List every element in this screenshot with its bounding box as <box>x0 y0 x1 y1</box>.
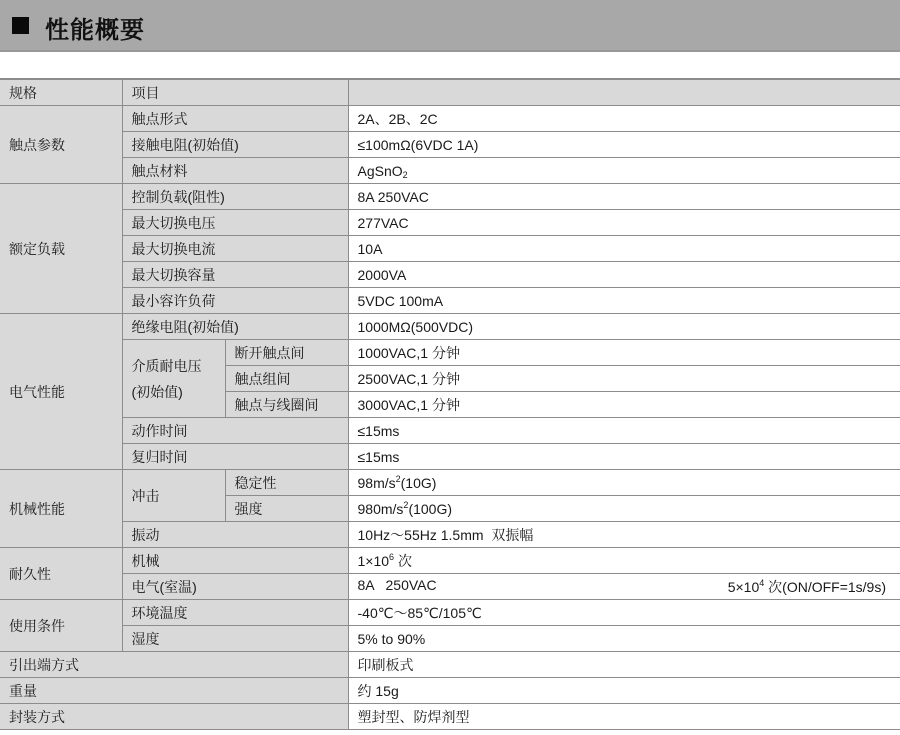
item-label: 冲击 <box>122 470 225 522</box>
item-value: ≤15ms <box>348 444 900 470</box>
table-row: 振动 10Hz～55Hz 1.5mm 双振幅 <box>0 522 900 548</box>
item-value: -40℃～85℃/105℃ <box>348 600 900 626</box>
item-label: 绝缘电阻(初始值) <box>122 314 348 340</box>
item-label: 最大切换电压 <box>122 210 348 236</box>
item-value: 2000VA <box>348 262 900 288</box>
group-label: 引出端方式 <box>0 652 348 678</box>
table-row: 封装方式 塑封型、防焊剂型 <box>0 704 900 730</box>
table-row: 湿度 5% to 90% <box>0 626 900 652</box>
subitem-label: 断开触点间 <box>225 340 348 366</box>
subitem-label: 触点与线圈间 <box>225 392 348 418</box>
group-label: 封装方式 <box>0 704 348 730</box>
item-label: 控制负载(阻性) <box>122 184 348 210</box>
table-row: 复归时间 ≤15ms <box>0 444 900 470</box>
item-value: 980m/s2(100G) <box>348 496 900 522</box>
item-label: 介质耐电压(初始值) <box>122 340 225 418</box>
table-row: 重量 约 15g <box>0 678 900 704</box>
table-row: 最大切换电流 10A <box>0 236 900 262</box>
subitem-label: 触点组间 <box>225 366 348 392</box>
table-row: 触点材料 AgSnO2 <box>0 158 900 184</box>
table-row: 触点参数 触点形式 2A、2B、2C <box>0 106 900 132</box>
group-label: 使用条件 <box>0 600 122 652</box>
item-label: 振动 <box>122 522 348 548</box>
group-label: 机械性能 <box>0 470 122 548</box>
item-label: 电气(室温) <box>122 574 348 600</box>
item-value: 5VDC 100mA <box>348 288 900 314</box>
square-bullet-icon <box>12 17 29 34</box>
subitem-label: 稳定性 <box>225 470 348 496</box>
item-value: 1000MΩ(500VDC) <box>348 314 900 340</box>
group-label: 耐久性 <box>0 548 122 600</box>
table-header-row: 规格 项目 <box>0 79 900 106</box>
table-row: 引出端方式 印刷板式 <box>0 652 900 678</box>
item-value: 5% to 90% <box>348 626 900 652</box>
group-label: 触点参数 <box>0 106 122 184</box>
group-label: 重量 <box>0 678 348 704</box>
table-row: 最大切换容量 2000VA <box>0 262 900 288</box>
item-label: 最小容许负荷 <box>122 288 348 314</box>
item-value: 8A 250VAC 5×104 次(ON/OFF=1s/9s) <box>348 574 900 600</box>
group-label: 电气性能 <box>0 314 122 470</box>
column-header-spec: 规格 <box>0 79 122 106</box>
column-header-item: 项目 <box>122 79 348 106</box>
section-title: 性能概要 <box>45 10 145 45</box>
item-value: 10A <box>348 236 900 262</box>
item-label: 最大切换电流 <box>122 236 348 262</box>
item-value: 98m/s2(10G) <box>348 470 900 496</box>
table-row: 接触电阻(初始值) ≤100mΩ(6VDC 1A) <box>0 132 900 158</box>
item-value: 塑封型、防焊剂型 <box>348 704 900 730</box>
item-label: 接触电阻(初始值) <box>122 132 348 158</box>
item-value: 2A、2B、2C <box>348 106 900 132</box>
column-header-value <box>348 79 900 106</box>
item-value: 印刷板式 <box>348 652 900 678</box>
item-value: ≤100mΩ(6VDC 1A) <box>348 132 900 158</box>
item-label: 复归时间 <box>122 444 348 470</box>
item-value: 2500VAC,1 分钟 <box>348 366 900 392</box>
table-row: 额定负载 控制负载(阻性) 8A 250VAC <box>0 184 900 210</box>
item-value: 10Hz～55Hz 1.5mm 双振幅 <box>348 522 900 548</box>
group-label: 额定负载 <box>0 184 122 314</box>
item-label: 动作时间 <box>122 418 348 444</box>
table-row: 机械性能 冲击 稳定性 98m/s2(10G) <box>0 470 900 496</box>
item-value: ≤15ms <box>348 418 900 444</box>
item-label: 环境温度 <box>122 600 348 626</box>
item-value: 3000VAC,1 分钟 <box>348 392 900 418</box>
item-value: AgSnO2 <box>348 158 900 184</box>
item-label: 触点形式 <box>122 106 348 132</box>
item-value: 1×106 次 <box>348 548 900 574</box>
table-row: 介质耐电压(初始值) 断开触点间 1000VAC,1 分钟 <box>0 340 900 366</box>
table-row: 最大切换电压 277VAC <box>0 210 900 236</box>
item-label: 最大切换容量 <box>122 262 348 288</box>
table-row: 动作时间 ≤15ms <box>0 418 900 444</box>
section-header: 性能概要 <box>0 0 900 52</box>
item-value: 1000VAC,1 分钟 <box>348 340 900 366</box>
table-row: 使用条件 环境温度 -40℃～85℃/105℃ <box>0 600 900 626</box>
table-row: 电气(室温) 8A 250VAC 5×104 次(ON/OFF=1s/9s) <box>0 574 900 600</box>
item-label: 机械 <box>122 548 348 574</box>
table-row: 耐久性 机械 1×106 次 <box>0 548 900 574</box>
item-value: 约 15g <box>348 678 900 704</box>
item-label: 湿度 <box>122 626 348 652</box>
table-row: 最小容许负荷 5VDC 100mA <box>0 288 900 314</box>
spec-table: 规格 项目 触点参数 触点形式 2A、2B、2C 接触电阻(初始值) ≤100m… <box>0 78 900 730</box>
subitem-label: 强度 <box>225 496 348 522</box>
item-value: 8A 250VAC <box>348 184 900 210</box>
item-value: 277VAC <box>348 210 900 236</box>
item-label: 触点材料 <box>122 158 348 184</box>
table-row: 电气性能 绝缘电阻(初始值) 1000MΩ(500VDC) <box>0 314 900 340</box>
